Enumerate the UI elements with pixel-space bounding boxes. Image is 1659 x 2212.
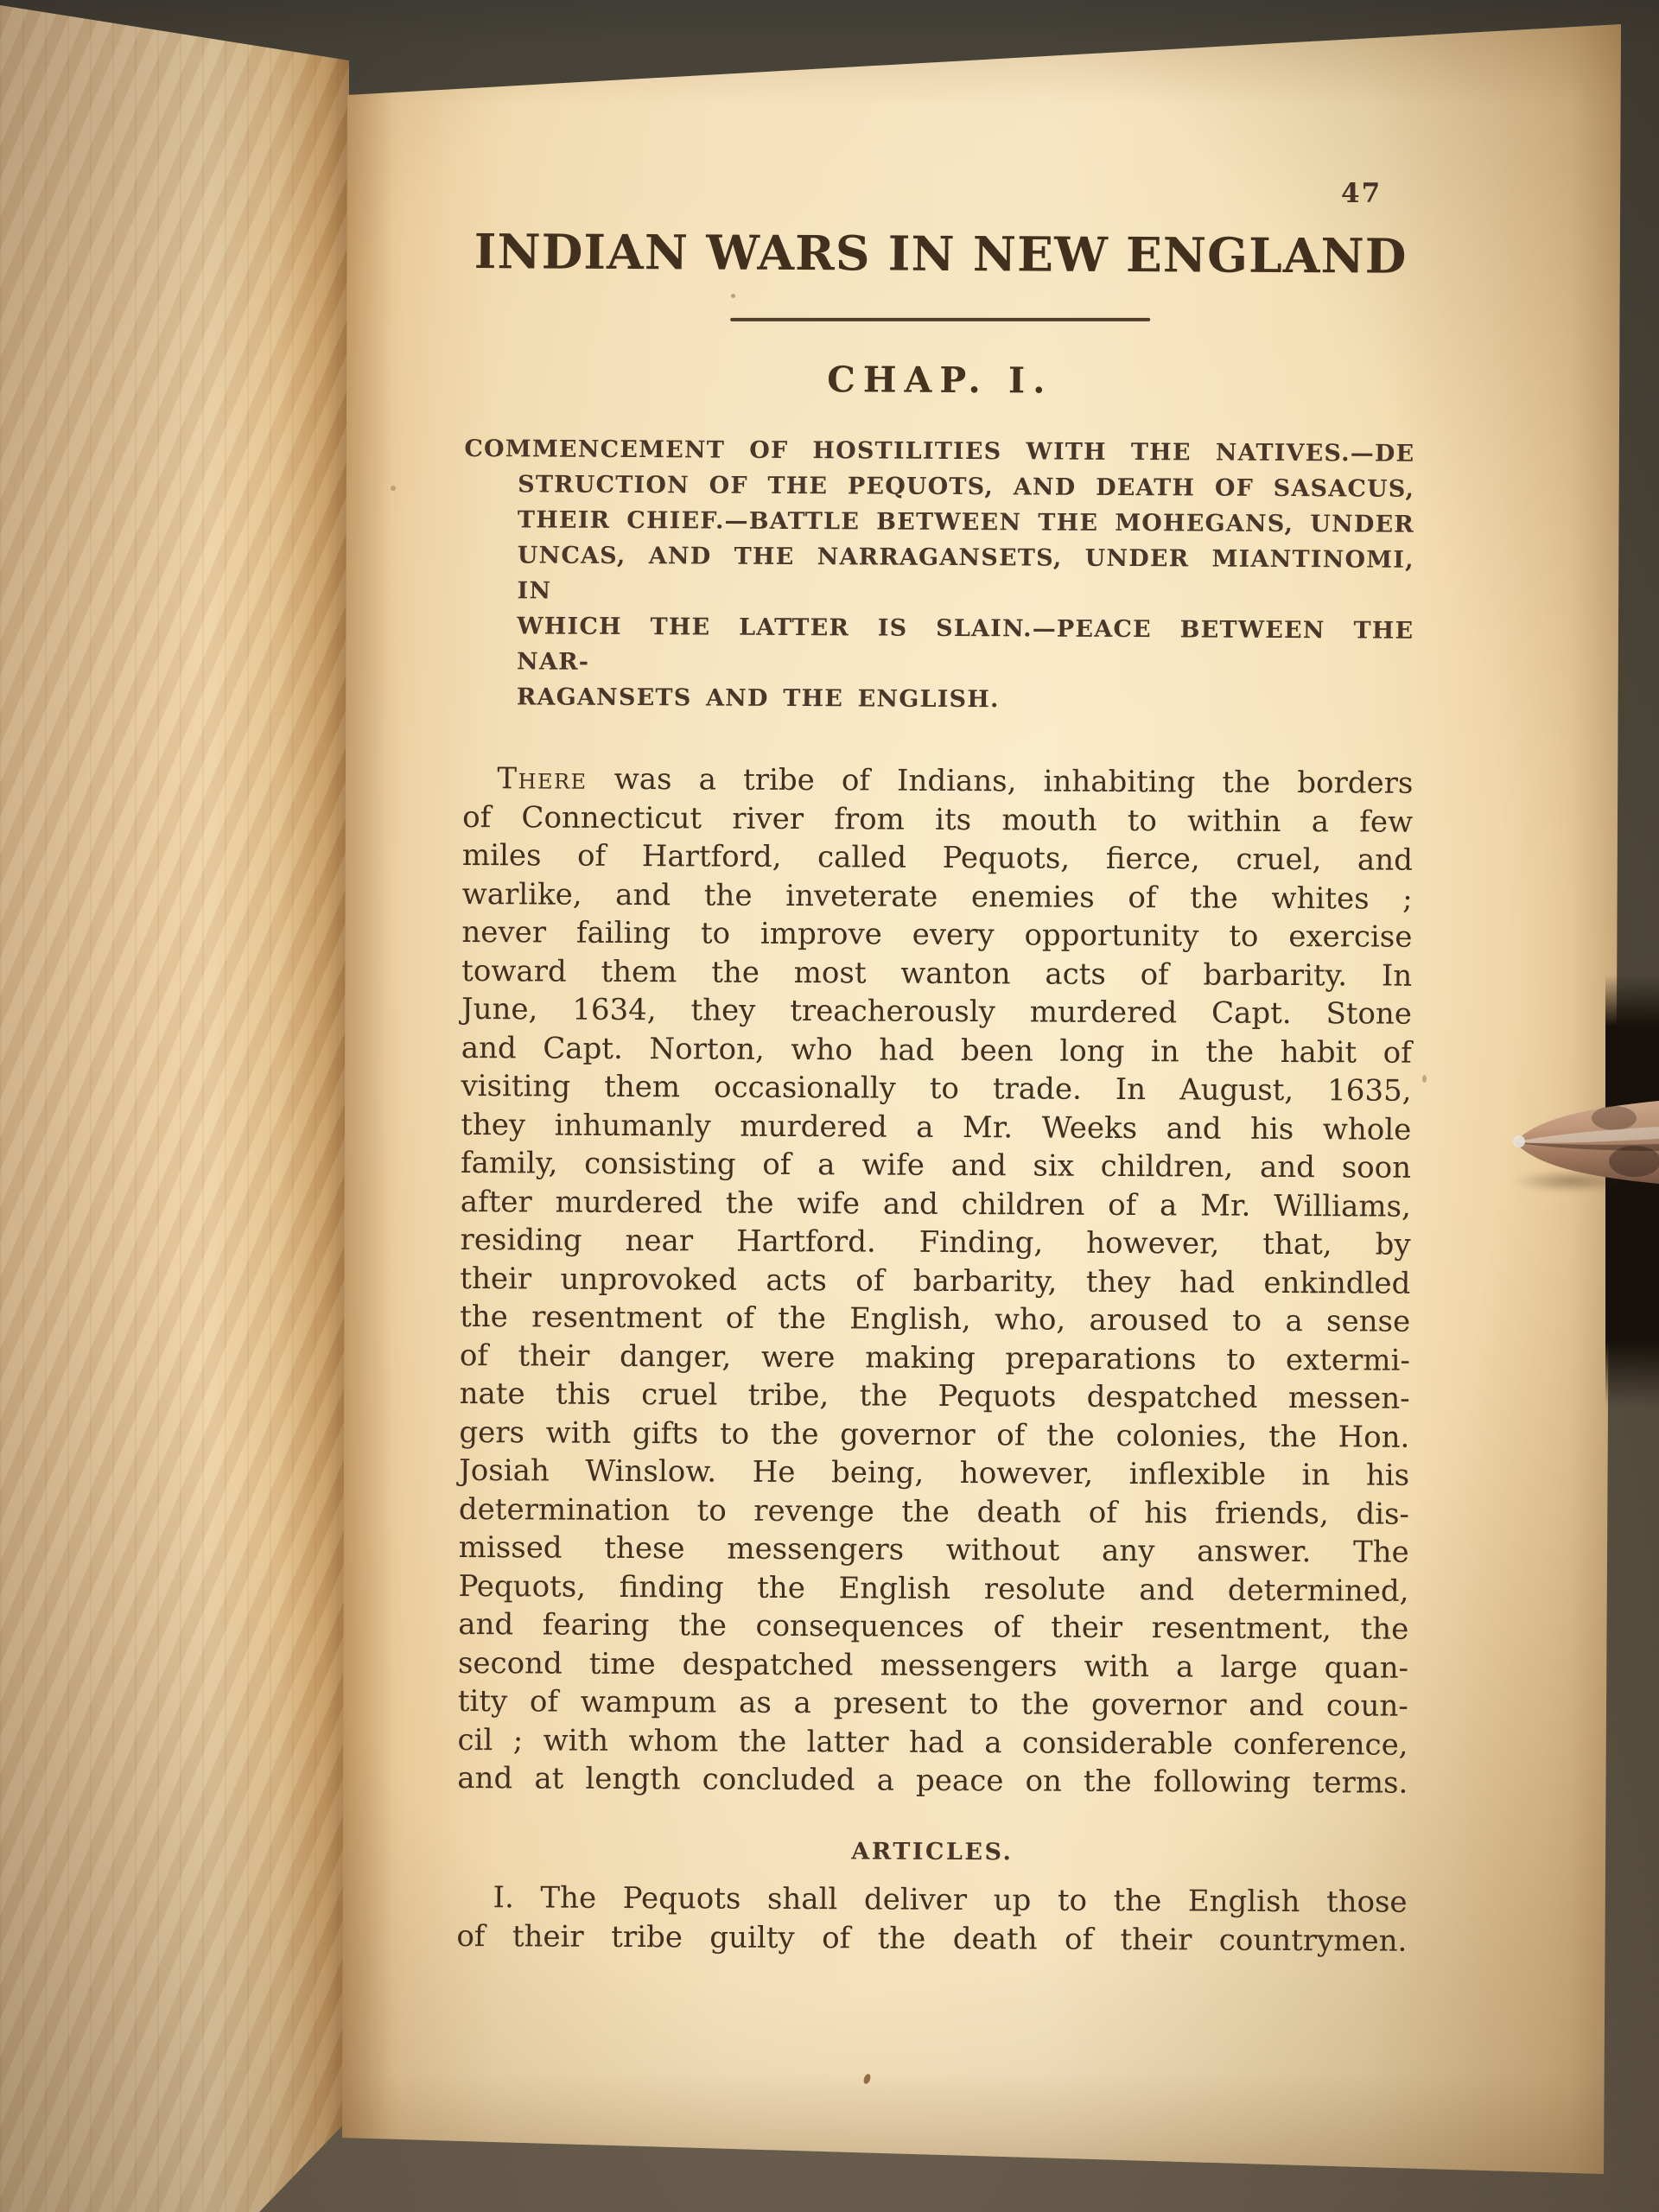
chapter-heading: CHAP. I. [465, 357, 1415, 404]
body-lines: of Connecticut river from its mouth to w… [457, 798, 1413, 1802]
body-line: determination to revenge the death of hi… [459, 1490, 1409, 1533]
chapter-synopsis: COMMENCEMENT OF HOSTILITIES WITH THE NAT… [463, 431, 1415, 720]
left-page-stack [0, 5, 349, 2212]
body-line: second time despatched messengers with a… [458, 1643, 1408, 1687]
page-title: INDIAN WARS IN NEW ENGLAND [465, 223, 1415, 284]
body-line: their unprovoked acts of barbarity, they… [460, 1259, 1410, 1302]
body-line: residing near Hartford. Finding, however… [460, 1221, 1410, 1264]
foxing-spot [1422, 1075, 1427, 1083]
book-photograph: 47 INDIAN WARS IN NEW ENGLAND CHAP. I. C… [0, 0, 1659, 2212]
lead-word: There [497, 761, 587, 797]
body-line-first: There was a tribe of Indians, inhabiting… [462, 760, 1413, 803]
article-line: of their tribe guilty of the death of th… [456, 1916, 1407, 1961]
synopsis-line: THEIR CHIEF.—BATTLE BETWEEN THE MOHEGANS… [464, 502, 1414, 543]
foxing-spot [731, 294, 735, 298]
body-line: after murdered the wife and children of … [461, 1182, 1411, 1225]
body-line: tity of wampum as a present to the gover… [458, 1682, 1408, 1726]
body-line: June, 1634, they treacherously murdered … [461, 990, 1412, 1033]
article-paragraph: I. The Pequots shall deliver up to the E… [456, 1878, 1407, 1961]
synopsis-line: COMMENCEMENT OF HOSTILITIES WITH THE NAT… [464, 431, 1414, 472]
body-paragraph: There was a tribe of Indians, inhabiting… [457, 760, 1413, 1802]
body-line: miles of Hartford, called Pequots, fierc… [462, 836, 1413, 880]
body-line: and at length concluded a peace on the f… [457, 1759, 1408, 1802]
body-line: of Connecticut river from its mouth to w… [462, 798, 1413, 841]
book-page: 47 INDIAN WARS IN NEW ENGLAND CHAP. I. C… [340, 19, 1623, 2181]
body-line: and fearing the consequences of their re… [458, 1605, 1408, 1649]
body-line: Pequots, finding the English resolute an… [458, 1567, 1408, 1610]
body-line: toward them the most wanton acts of barb… [461, 951, 1412, 995]
body-line: warlike, and the inveterate enemies of t… [462, 874, 1413, 918]
body-line-first-rest: was a tribe of Indians, inhabiting the b… [588, 762, 1414, 801]
body-line: never failing to improve every opportuni… [461, 913, 1412, 957]
body-line: of their danger, were making preparation… [460, 1336, 1410, 1379]
body-line: gers with gifts to the governor of the c… [459, 1413, 1409, 1456]
synopsis-line: UNCAS, AND THE NARRAGANSETS, UNDER MIANT… [463, 537, 1414, 613]
body-line: the resentment of the English, who, arou… [460, 1298, 1410, 1341]
body-line: nate this cruel tribe, the Pequots despa… [460, 1375, 1410, 1418]
synopsis-line: WHICH THE LATTER IS SLAIN.—PEACE BETWEEN… [463, 608, 1414, 684]
article-line: I. The Pequots shall deliver up to the E… [456, 1878, 1407, 1922]
articles-heading: ARTICLES. [457, 1835, 1408, 1867]
page-text-column: INDIAN WARS IN NEW ENGLAND CHAP. I. COMM… [456, 19, 1417, 1961]
body-line: missed these messengers without any answ… [459, 1529, 1409, 1572]
synopsis-line: STRUCTION OF THE PEQUOTS, AND DEATH OF S… [464, 467, 1414, 507]
body-line: cil ; with whom the latter had a conside… [457, 1720, 1408, 1764]
synopsis-line: RAGANSETS AND THE ENGLISH. [463, 679, 1414, 720]
body-line: they inhumanly murdered a Mr. Weeks and … [461, 1105, 1411, 1148]
body-line: visiting them occasionally to trade. In … [461, 1067, 1411, 1110]
metal-page-clasp-icon [1510, 1087, 1659, 1201]
foxing-spot [391, 486, 396, 491]
body-line: Josiah Winslow. He being, however, infle… [459, 1452, 1409, 1495]
body-line: and Capt. Norton, who had been long in t… [461, 1028, 1412, 1071]
body-line: family, consisting of a wife and six chi… [461, 1144, 1411, 1187]
title-rule [730, 318, 1150, 321]
